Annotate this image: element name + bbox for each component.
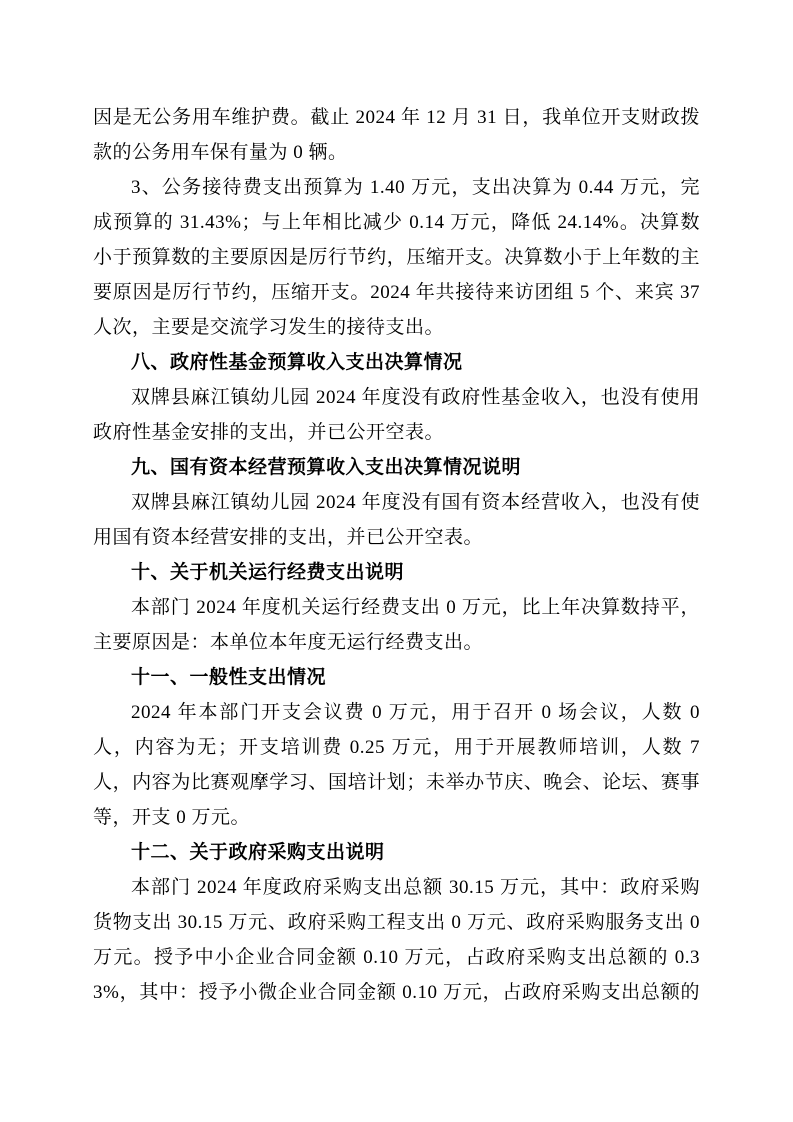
heading-section-8-government-fund-budget: 八、政府性基金预算收入支出决算情况	[93, 345, 700, 380]
paragraph-official-vehicle-continuation: 因是无公务用车维护费。截止 2024 年 12 月 31 日，我单位开支财政拨款…	[93, 100, 700, 170]
paragraph-section-9-state-capital-operation: 双牌县麻江镇幼儿园 2024 年度没有国有资本经营收入，也没有使用国有资本经营安…	[93, 485, 700, 555]
heading-section-9-state-capital-operation: 九、国有资本经营预算收入支出决算情况说明	[93, 450, 700, 485]
document-page: 因是无公务用车维护费。截止 2024 年 12 月 31 日，我单位开支财政拨款…	[0, 0, 793, 1122]
heading-section-12-government-procurement: 十二、关于政府采购支出说明	[93, 835, 700, 870]
paragraph-section-8-government-fund-budget: 双牌县麻江镇幼儿园 2024 年度没有政府性基金收入，也没有使用政府性基金安排的…	[93, 380, 700, 450]
page-content: 因是无公务用车维护费。截止 2024 年 12 月 31 日，我单位开支财政拨款…	[93, 100, 700, 1010]
paragraph-section-11-general-expenditure: 2024 年本部门开支会议费 0 万元，用于召开 0 场会议，人数 0 人，内容…	[93, 695, 700, 835]
heading-section-10-agency-operating-expense: 十、关于机关运行经费支出说明	[93, 555, 700, 590]
paragraph-section-12-government-procurement: 本部门 2024 年度政府采购支出总额 30.15 万元，其中：政府采购货物支出…	[93, 870, 700, 1010]
paragraph-section-10-agency-operating-expense: 本部门 2024 年度机关运行经费支出 0 万元，比上年决算数持平，主要原因是：…	[93, 590, 700, 660]
paragraph-official-reception-expense: 3、公务接待费支出预算为 1.40 万元，支出决算为 0.44 万元，完成预算的…	[93, 170, 700, 345]
heading-section-11-general-expenditure: 十一、一般性支出情况	[93, 660, 700, 695]
